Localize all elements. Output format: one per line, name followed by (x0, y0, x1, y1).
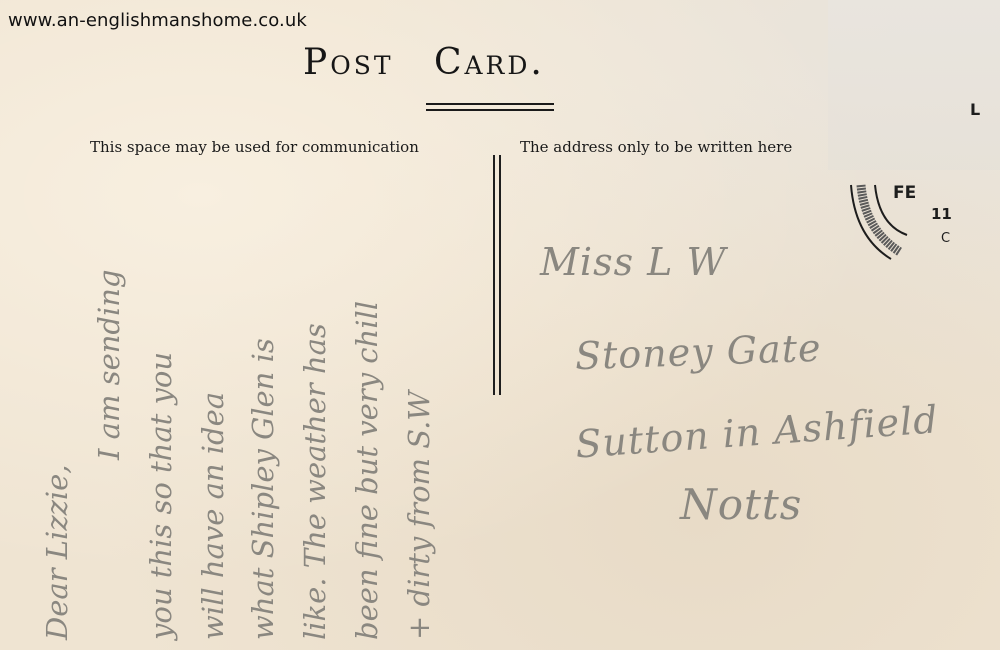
website-watermark: www.an-englishmanshome.co.uk (8, 10, 307, 31)
message-line: been fine but very chill (350, 301, 384, 640)
handwritten-message: Dear Lizzie, I am sending you this so th… (40, 180, 470, 640)
address-line-name: Miss L W (540, 240, 727, 284)
address-line-street: Stoney Gate (574, 326, 822, 379)
postmark-letter: C (941, 231, 950, 246)
address-label: The address only to be written here (520, 138, 792, 156)
message-line: Dear Lizzie, (40, 464, 74, 640)
message-line: will have an idea (196, 392, 230, 640)
message-line: like. The weather has (298, 323, 332, 640)
postmark-month: FE (893, 183, 916, 203)
postmark-day: 11 (931, 205, 952, 223)
message-line: what Shipley Glen is (246, 338, 280, 640)
message-line: you this so that you (144, 352, 178, 640)
postmark: FE 11 C (845, 175, 955, 269)
center-divider (493, 155, 495, 395)
card-title: Post Card. (303, 42, 545, 83)
message-line: + dirty from S.W (402, 391, 436, 640)
title-underline (426, 109, 554, 111)
stamp-area (828, 0, 1000, 170)
communication-label: This space may be used for communication (90, 138, 419, 156)
title-underline (426, 103, 554, 105)
message-line: I am sending (92, 270, 126, 460)
center-divider (499, 155, 501, 395)
address-line-county: Notts (680, 480, 802, 529)
address-line-town: Sutton in Ashfield (574, 397, 940, 466)
postmark-corner-mark: L (970, 100, 980, 119)
